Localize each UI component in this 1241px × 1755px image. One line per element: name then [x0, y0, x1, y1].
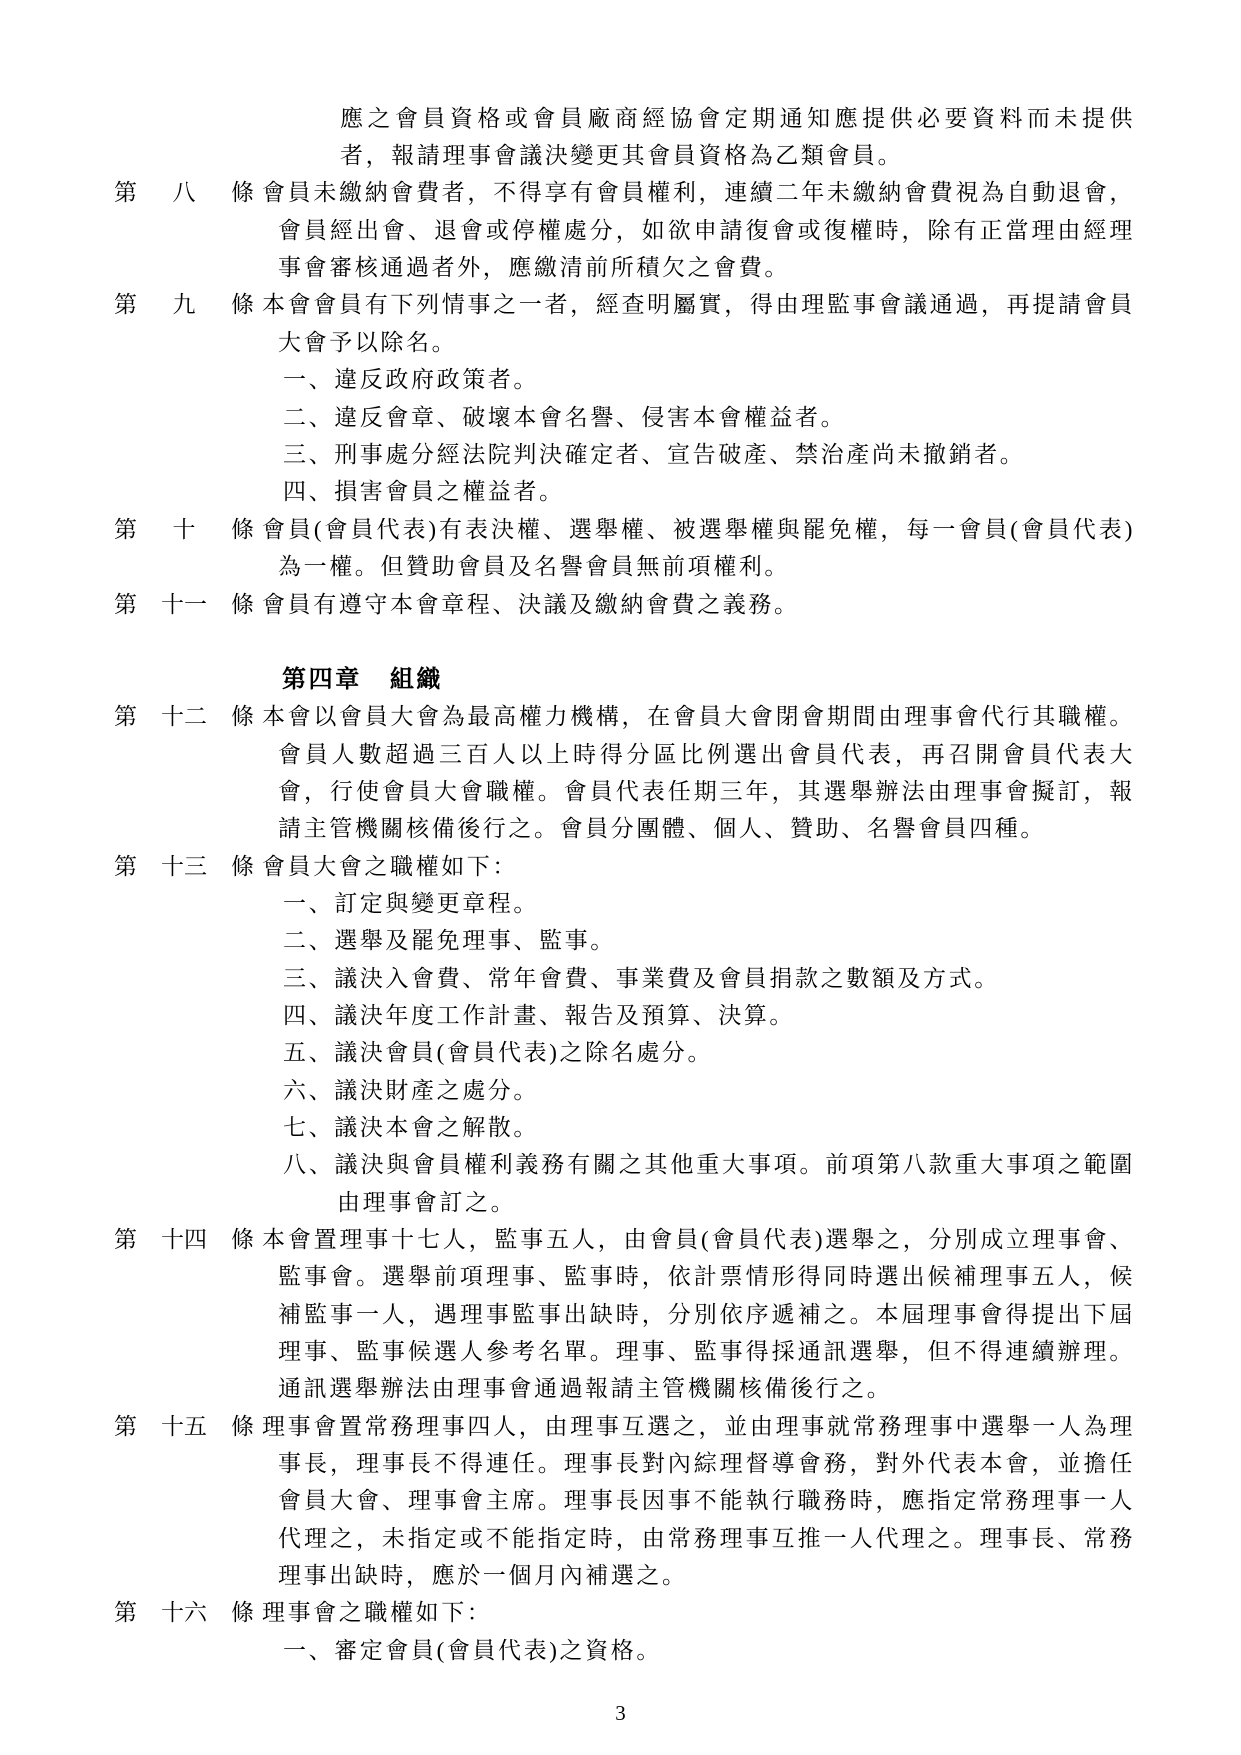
list-item-line: 一、違反政府政策者。 [283, 364, 1135, 396]
article-number: 十六 [161, 1597, 207, 1629]
label-suffix: 條 [231, 851, 254, 883]
article-line: 會員大會之職權如下： [262, 851, 1135, 883]
article-number-label: 第十四條 [114, 1224, 254, 1256]
chapter-heading: 第四章組織 [282, 664, 443, 696]
text-line: 會，行使會員大會職權。會員代表任期三年，其選舉辦法由理事會擬訂，報 [278, 776, 1135, 812]
text-line: 會員經出會、退會或停權處分，如欲申請復會或復權時，除有正當理由經理 [278, 215, 1135, 251]
label-suffix: 條 [231, 1411, 254, 1443]
text-line: 者，報請理事會議決變更其會員資格為乙類會員。 [340, 140, 1135, 172]
article-line: 會員未繳納會費者，不得享有會員權利，連續二年未繳納會費視為自動退會， [262, 177, 1135, 213]
label-suffix: 條 [231, 177, 254, 209]
label-suffix: 條 [231, 1597, 254, 1629]
label-prefix: 第 [114, 589, 137, 621]
article-number: 十二 [161, 701, 207, 733]
list-item-line: 六、議決財產之處分。 [283, 1075, 1135, 1107]
text-line: 代理之，未指定或不能指定時，由常務理事互推一人代理之。理事長、常務 [278, 1523, 1135, 1559]
article-line: 理事會之職權如下： [262, 1597, 1135, 1629]
article-number-label: 第十條 [114, 514, 254, 546]
chapter-title: 組織 [390, 667, 443, 693]
label-prefix: 第 [114, 1597, 137, 1629]
article-number-label: 第十一條 [114, 589, 254, 621]
text-line: 通訊選舉辦法由理事會通過報請主管機關核備後行之。 [278, 1373, 1135, 1405]
label-prefix: 第 [114, 1224, 137, 1256]
chapter-number: 第四章 [282, 667, 362, 693]
article-line: 本會會員有下列情事之一者，經查明屬實，得由理監事會議通過，再提請會員 [262, 289, 1135, 325]
text-line: 理事、監事候選人參考名單。理事、監事得採通訊選舉，但不得連續辦理。 [278, 1336, 1135, 1372]
article-number: 九 [173, 289, 196, 321]
list-item-line: 一、審定會員(會員代表)之資格。 [283, 1635, 1135, 1667]
label-prefix: 第 [114, 851, 137, 883]
list-item-line: 三、刑事處分經法院判決確定者、宣告破產、禁治產尚未撤銷者。 [283, 439, 1135, 471]
label-prefix: 第 [114, 514, 137, 546]
article-number-label: 第十二條 [114, 701, 254, 733]
list-item-line: 七、議決本會之解散。 [283, 1112, 1135, 1144]
list-item-line: 四、損害會員之權益者。 [283, 476, 1135, 508]
text-line: 會員大會、理事會主席。理事長因事不能執行職務時，應指定常務理事一人 [278, 1485, 1135, 1521]
article-number: 十三 [161, 851, 207, 883]
article-number: 十一 [161, 589, 207, 621]
article-number: 十五 [161, 1411, 207, 1443]
article-number: 十 [173, 514, 196, 546]
text-line: 補監事一人，遇理事監事出缺時，分別依序遞補之。本屆理事會得提出下屆 [278, 1299, 1135, 1335]
article-line: 本會置理事十七人，監事五人，由會員(會員代表)選舉之，分別成立理事會、 [262, 1224, 1135, 1260]
label-prefix: 第 [114, 1411, 137, 1443]
article-number-label: 第九條 [114, 289, 254, 321]
page-number: 3 [0, 1700, 1241, 1726]
article-number-label: 第十五條 [114, 1411, 254, 1443]
text-line: 事長，理事長不得連任。理事長對內綜理督導會務，對外代表本會，並擔任 [278, 1448, 1135, 1484]
article-number-label: 第十三條 [114, 851, 254, 883]
list-item-line: 二、違反會章、破壞本會名譽、侵害本會權益者。 [283, 402, 1135, 434]
text-line: 理事出缺時，應於一個月內補選之。 [278, 1560, 1135, 1592]
list-item-line: 五、議決會員(會員代表)之除名處分。 [283, 1037, 1135, 1069]
article-number: 十四 [161, 1224, 207, 1256]
article-number-label: 第八條 [114, 177, 254, 209]
article-line: 本會以會員大會為最高權力機構，在會員大會閉會期間由理事會代行其職權。 [262, 701, 1135, 737]
list-item-line: 一、訂定與變更章程。 [283, 888, 1135, 920]
article-line: 會員(會員代表)有表決權、選舉權、被選舉權與罷免權，每一會員(會員代表) [262, 514, 1135, 550]
label-prefix: 第 [114, 177, 137, 209]
label-suffix: 條 [231, 1224, 254, 1256]
document-page: 應之會員資格或會員廠商經協會定期通知應提供必要資料而未提供 者，報請理事會議決變… [0, 0, 1241, 1755]
label-suffix: 條 [231, 514, 254, 546]
list-item-line: 八、議決與會員權利義務有關之其他重大事項。前項第八款重大事項之範圍 [283, 1149, 1135, 1185]
list-item-line: 四、議決年度工作計畫、報告及預算、決算。 [283, 1000, 1135, 1032]
text-line: 請主管機關核備後行之。會員分團體、個人、贊助、名譽會員四種。 [278, 813, 1135, 845]
text-line: 為一權。但贊助會員及名譽會員無前項權利。 [278, 551, 1135, 583]
text-line: 會員人數超過三百人以上時得分區比例選出會員代表，再召開會員代表大 [278, 739, 1135, 775]
text-line: 事會審核通過者外，應繳清前所積欠之會費。 [278, 252, 1135, 284]
text-line: 大會予以除名。 [278, 327, 1135, 359]
article-line: 會員有遵守本會章程、決議及繳納會費之義務。 [262, 589, 1135, 621]
article-line: 理事會置常務理事四人，由理事互選之，並由理事就常務理事中選舉一人為理 [262, 1411, 1135, 1447]
label-suffix: 條 [231, 589, 254, 621]
label-suffix: 條 [231, 289, 254, 321]
list-item-line: 三、議決入會費、常年會費、事業費及會員捐款之數額及方式。 [283, 963, 1135, 995]
text-line: 監事會。選舉前項理事、監事時，依計票情形得同時選出候補理事五人，候 [278, 1261, 1135, 1297]
list-item-line: 二、選舉及罷免理事、監事。 [283, 925, 1135, 957]
text-line: 由理事會訂之。 [337, 1187, 1135, 1219]
text-line: 應之會員資格或會員廠商經協會定期通知應提供必要資料而未提供 [340, 103, 1135, 139]
label-suffix: 條 [231, 701, 254, 733]
article-number-label: 第十六條 [114, 1597, 254, 1629]
article-number: 八 [173, 177, 196, 209]
label-prefix: 第 [114, 289, 137, 321]
label-prefix: 第 [114, 701, 137, 733]
